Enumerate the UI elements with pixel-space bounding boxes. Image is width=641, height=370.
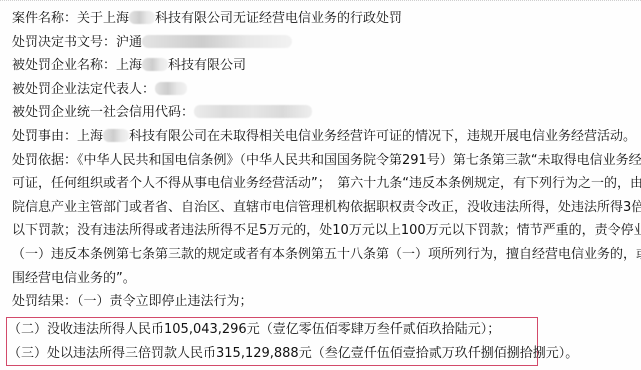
basis-row: 处罚依据：《中华人民共和国电信条例》（中华人民共和国国务院令第291号）第七条第… [12, 149, 637, 173]
company-name-row: 被处罚企业名称：上海科技有限公司 [12, 54, 637, 78]
result-item-3: （三）处以违法所得三倍罚款人民币315,129,888元（叁亿壹仟伍佰壹拾贰万玖… [8, 342, 578, 366]
case-name-prefix: 关于上海 [77, 11, 129, 26]
basis-line: 院信息产业主管部门或者省、自治区、直辖市电信管理机构依据职权责令改正，没收违法所… [12, 196, 637, 220]
redacted-decision-number [142, 35, 292, 48]
redacted-legal-rep [155, 82, 187, 95]
reason-label: 处罚事由： [12, 129, 77, 144]
reason-prefix: 上海 [77, 129, 103, 144]
result-item-1: （一）责令立即停止违法行为； [77, 294, 253, 309]
basis-line: 可证，任何组织或者个人不得从事电信业务经营活动”； 第六十九条“违反本条例规定，… [12, 172, 637, 196]
legal-rep-label: 被处罚企业法定代表人： [12, 82, 155, 97]
redacted-company-name [142, 58, 168, 71]
company-name-label: 被处罚企业名称： [12, 58, 116, 73]
company-name-prefix: 上海 [116, 58, 142, 73]
result-label: 处罚结果： [12, 294, 77, 309]
basis-line-1: 《中华人民共和国电信条例》（中华人民共和国国务院令第291号）第七条第三款“未取… [77, 153, 641, 168]
decision-number-label: 处罚决定书文号： [12, 35, 116, 50]
case-name-suffix: 科技有限公司无证经营电信业务的行政处罚 [155, 11, 402, 26]
decision-number-row: 处罚决定书文号：沪通 [12, 31, 637, 55]
top-dotted-rule [0, 0, 641, 1]
redacted-company-name [103, 129, 129, 142]
redacted-company-name [129, 11, 155, 24]
reason-suffix: 科技有限公司在未取得相关电信业务经营许可证的情况下，违规开展电信业务经营活动。 [129, 129, 636, 144]
result-item-2: （二）没收违法所得人民币105,043,296元（壹亿零伍佰零肆万叁仟贰佰玖拾陆… [8, 318, 500, 342]
reason-row: 处罚事由：上海科技有限公司在未取得相关电信业务经营许可证的情况下，违规开展电信业… [12, 125, 637, 149]
company-name-suffix: 科技有限公司 [168, 58, 246, 73]
basis-line: （一）违反本条例第七条第三款的规定或者有本条例第五十八条第（一）项所列行为，擅自… [12, 243, 637, 267]
basis-label: 处罚依据： [12, 153, 77, 168]
legal-rep-row: 被处罚企业法定代表人： [12, 78, 637, 102]
basis-line: 以下罚款；没有违法所得或者违法所得不足5万元的，处10万元以上100万元以下罚款… [12, 219, 637, 243]
case-name-row: 案件名称：关于上海科技有限公司无证经营电信业务的行政处罚 [12, 7, 637, 31]
redacted-credit-code [194, 105, 312, 118]
case-name-label: 案件名称： [12, 11, 77, 26]
credit-code-row: 被处罚企业统一社会信用代码： [12, 101, 637, 125]
penalty-document: 案件名称：关于上海科技有限公司无证经营电信业务的行政处罚 处罚决定书文号：沪通 … [12, 7, 637, 314]
decision-number-prefix: 沪通 [116, 35, 142, 50]
result-row: 处罚结果：（一）责令立即停止违法行为； [12, 290, 637, 314]
credit-code-label: 被处罚企业统一社会信用代码： [12, 105, 194, 120]
basis-line: 围经营电信业务的”。 [12, 267, 637, 291]
